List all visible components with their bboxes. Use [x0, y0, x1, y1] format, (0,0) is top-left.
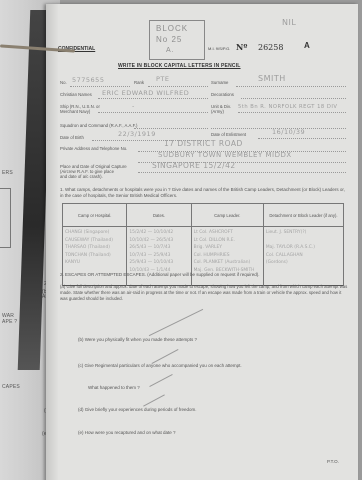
question-2c: (c) Give Regimental particulars of anyon…	[78, 363, 242, 368]
question-2a: (a) Give full description and approx. da…	[60, 284, 350, 302]
column-header: Dates.	[127, 204, 191, 227]
underlying-table-edge	[0, 188, 11, 248]
field-label: Date of Birth	[60, 135, 84, 140]
question-1: 1. What camps, detachments or hospitals …	[60, 187, 346, 199]
field-label: Date of Enlistment	[211, 132, 246, 137]
question-2b: (b) Were you physically fit when you mad…	[78, 337, 197, 342]
stamp-line: A.	[166, 47, 175, 54]
edge-text: CAPES	[2, 384, 20, 390]
pencil-stroke	[152, 349, 179, 364]
form-suffix: A	[304, 41, 310, 50]
question-2c-followup: What happened to them ?	[88, 385, 140, 390]
field-label: No.	[60, 80, 67, 85]
field-label: Surname	[211, 80, 228, 85]
pencil-stroke	[143, 394, 165, 406]
stamp-line: No 25	[156, 35, 182, 44]
instruction-heading: WRITE IN BLOCK CAPITAL LETTERS IN PENCIL	[118, 63, 241, 69]
field-label: Ship (R.N., U.S.N. or Merchant Navy)	[60, 104, 100, 114]
christian-names-value: ERIC EDWARD WILFRED	[102, 89, 189, 97]
edge-text: APE ?	[2, 319, 17, 325]
capture-value: SINGAPORE 15/2/42	[152, 161, 236, 170]
enlistment-date-value: 16/10/39	[272, 128, 305, 136]
pencil-stroke	[149, 374, 172, 387]
form-ref-label: M.I. 9/S/P.G.	[208, 46, 230, 51]
column-header: Detachment or Block Leader (if any).	[263, 204, 343, 227]
field-label: and date of a/c crash).	[60, 174, 103, 179]
ship-value: -	[132, 102, 135, 110]
field-label: Private Address and Telephone No.	[60, 146, 127, 151]
rank-value: PTE	[156, 75, 170, 83]
pencil-note: NIL	[282, 18, 296, 27]
field-label: Squadron and Command (R.A.F., A.A.F.)	[60, 123, 137, 128]
question-2d: (d) Give briefly your experiences during…	[78, 407, 197, 412]
address-line1: 17 DISTRICT ROAD	[164, 139, 243, 148]
date-of-birth-value: 22/3/1919	[118, 130, 156, 138]
number-symbol: Nº	[236, 42, 247, 52]
edge-text: ERS	[2, 170, 13, 176]
address-line2: SUDBURY TOWN WEMBLEY MIDDX	[158, 151, 292, 159]
question-2-heading: 2. ESCAPES OR ATTEMPTED ESCAPES. (Additi…	[60, 272, 260, 277]
column-header: Camp Leader.	[191, 204, 263, 227]
field-label: Unit & Div. (Army)	[211, 104, 237, 114]
page-fold-shadow	[46, 4, 58, 480]
stamp-line: BLOCK	[156, 24, 188, 33]
field-label: Decorations	[211, 92, 234, 97]
surname-value: SMITH	[258, 74, 286, 83]
block-stamp: BLOCK No 25 A.	[149, 20, 205, 60]
column-header: Camp or Hospital.	[63, 204, 127, 227]
form-number: 26258	[258, 43, 283, 52]
question-2e: (e) How were you recaptured and on what …	[78, 430, 176, 435]
table-cell: Lieut. J. SENTRY(?) Maj. TAYLOR (R.A.S.C…	[263, 227, 343, 286]
unit-value: 5th Bn R. NORFOLK REGT 18 DIV	[238, 104, 337, 110]
form-page: BLOCK No 25 A. NIL CONFIDENTIAL M.I. 9/S…	[46, 4, 358, 480]
page-turn-note: P.T.O.	[327, 459, 339, 464]
pencil-stroke	[149, 309, 203, 336]
field-label: Christian Names	[60, 92, 92, 97]
service-number-value: 5775655	[72, 76, 104, 84]
field-label: Rank	[134, 80, 144, 85]
